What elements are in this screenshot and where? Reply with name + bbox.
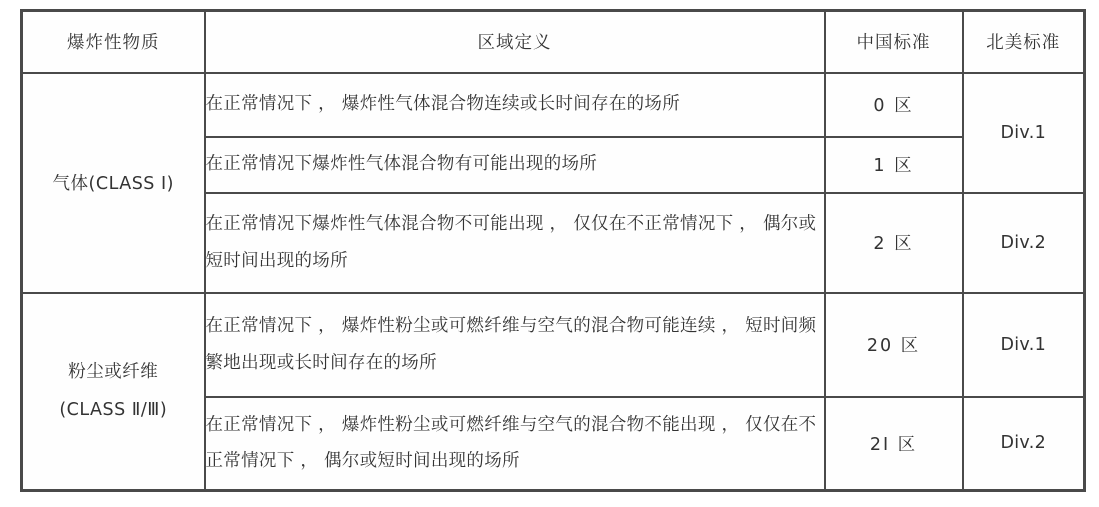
substance-name-line1: 粉尘或纤维	[23, 353, 204, 392]
zone-definition-cell: 在正常情况下爆炸性气体混合物有可能出现的场所	[205, 137, 825, 193]
china-standard-cell: 2 区	[825, 193, 963, 293]
hazard-zone-table: 爆炸性物质 区域定义 中国标准 北美标准 气体(CLASS Ⅰ) 在正常情况下 …	[20, 9, 1086, 492]
zone-definition-cell: 在正常情况下 ， 爆炸性粉尘或可燃纤维与空气的混合物可能连续 ， 短时间频繁地出…	[205, 293, 825, 397]
table-row: 粉尘或纤维 (CLASS Ⅱ/Ⅲ) 在正常情况下 ， 爆炸性粉尘或可燃纤维与空气…	[22, 293, 1085, 397]
china-standard-cell: 2I 区	[825, 397, 963, 491]
header-row: 爆炸性物质 区域定义 中国标准 北美标准	[22, 11, 1085, 73]
substance-cell-dust-fiber: 粉尘或纤维 (CLASS Ⅱ/Ⅲ)	[22, 293, 205, 491]
north-america-standard-cell: Div.1	[963, 293, 1085, 397]
zone-definition-cell: 在正常情况下 ， 爆炸性粉尘或可燃纤维与空气的混合物不能出现 ， 仅仅在不正常情…	[205, 397, 825, 491]
china-standard-cell: 0 区	[825, 73, 963, 137]
substance-name-line2: (CLASS Ⅱ/Ⅲ)	[23, 391, 204, 430]
col-header-substance: 爆炸性物质	[22, 11, 205, 73]
china-standard-cell: 20 区	[825, 293, 963, 397]
north-america-standard-cell: Div.2	[963, 193, 1085, 293]
substance-cell-gas: 气体(CLASS Ⅰ)	[22, 73, 205, 293]
col-header-north-america-standard: 北美标准	[963, 11, 1085, 73]
zone-definition-cell: 在正常情况下爆炸性气体混合物不可能出现 ， 仅仅在不正常情况下 ， 偶尔或短时间…	[205, 193, 825, 293]
north-america-standard-cell: Div.2	[963, 397, 1085, 491]
table-row: 气体(CLASS Ⅰ) 在正常情况下 ， 爆炸性气体混合物连续或长时间存在的场所…	[22, 73, 1085, 137]
north-america-standard-cell: Div.1	[963, 73, 1085, 193]
col-header-china-standard: 中国标准	[825, 11, 963, 73]
col-header-zone-definition: 区域定义	[205, 11, 825, 73]
zone-definition-cell: 在正常情况下 ， 爆炸性气体混合物连续或长时间存在的场所	[205, 73, 825, 137]
china-standard-cell: 1 区	[825, 137, 963, 193]
page: 爆炸性物质 区域定义 中国标准 北美标准 气体(CLASS Ⅰ) 在正常情况下 …	[0, 0, 1099, 507]
